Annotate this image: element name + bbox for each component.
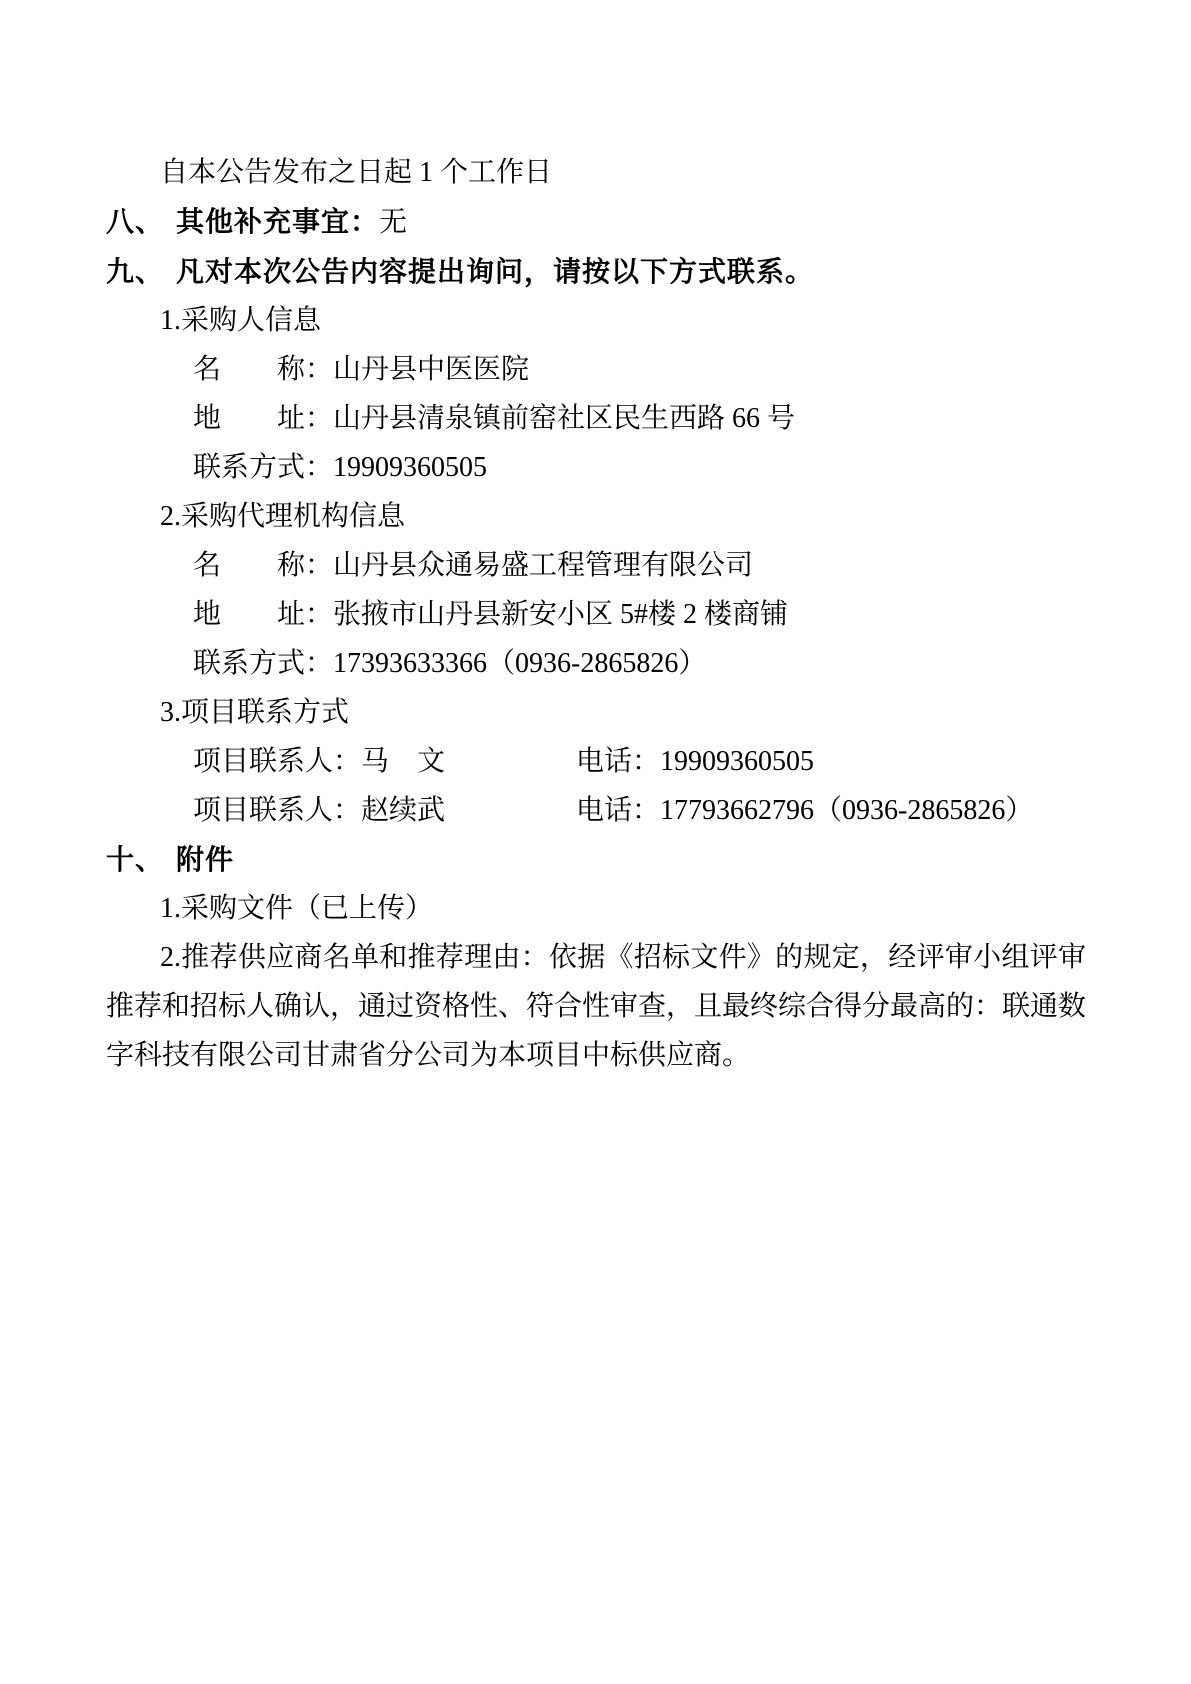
- agency-name-value: 山丹县众通易盛工程管理有限公司: [333, 550, 753, 581]
- intro-line: 自本公告发布之日起 1 个工作日: [106, 148, 1086, 197]
- purchaser-name-value: 山丹县中医医院: [333, 354, 529, 385]
- attachment-1-line: 1.采购文件（已上传）: [106, 884, 1086, 933]
- agency-address-value: 张掖市山丹县新安小区 5#楼 2 楼商铺: [333, 599, 788, 630]
- section-8-heading: 八、其他补充事宜：无: [106, 197, 1086, 247]
- purchaser-contact-row: 联系方式：19909360505: [106, 443, 1086, 492]
- agency-contact-row: 联系方式：17393633366（0936-2865826）: [106, 639, 1086, 688]
- project-contact-row-2: 项目联系人：赵续武电话：17793662796（0936-2865826）: [106, 786, 1086, 835]
- purchaser-heading: 1.采购人信息: [106, 296, 1086, 345]
- section-9-title: 凡对本次公告内容提出询问，请按以下方式联系。: [176, 256, 814, 287]
- purchaser-name-row: 名 称：山丹县中医医院: [106, 345, 1086, 394]
- project-contact-person-1: 项目联系人：马 文: [193, 737, 576, 786]
- section-8-value: 无: [379, 207, 407, 238]
- project-contacts-heading: 3.项目联系方式: [106, 688, 1086, 737]
- agency-address-label: 地 址：: [193, 599, 333, 630]
- section-10-title: 附件: [176, 844, 234, 875]
- agency-heading: 2.采购代理机构信息: [106, 492, 1086, 541]
- purchaser-contact-label: 联系方式：: [193, 452, 333, 483]
- agency-name-row: 名 称：山丹县众通易盛工程管理有限公司: [106, 541, 1086, 590]
- section-10-number: 十、: [106, 844, 164, 875]
- section-9-heading: 九、凡对本次公告内容提出询问，请按以下方式联系。: [106, 247, 1086, 296]
- purchaser-name-label: 名 称：: [193, 354, 333, 385]
- document-page: 自本公告发布之日起 1 个工作日 八、其他补充事宜：无 九、凡对本次公告内容提出…: [0, 0, 1191, 1684]
- project-contact-person-2: 项目联系人：赵续武: [193, 786, 576, 835]
- agency-contact-label: 联系方式：: [193, 648, 333, 679]
- section-8-number: 八、: [106, 206, 164, 237]
- purchaser-contact-value: 19909360505: [333, 452, 487, 483]
- agency-address-row: 地 址：张掖市山丹县新安小区 5#楼 2 楼商铺: [106, 590, 1086, 639]
- project-contact-phone-2: 电话：17793662796（0936-2865826）: [576, 795, 1033, 826]
- section-8-title: 其他补充事宜：: [176, 206, 379, 237]
- project-contact-row-1: 项目联系人：马 文电话：19909360505: [106, 737, 1086, 786]
- purchaser-address-value: 山丹县清泉镇前窑社区民生西路 66 号: [333, 403, 795, 434]
- section-9-number: 九、: [106, 256, 164, 287]
- project-contact-phone-1: 电话：19909360505: [576, 746, 814, 777]
- purchaser-address-row: 地 址：山丹县清泉镇前窑社区民生西路 66 号: [106, 394, 1086, 443]
- purchaser-address-label: 地 址：: [193, 403, 333, 434]
- attachment-2-paragraph: 2.推荐供应商名单和推荐理由：依据《招标文件》的规定，经评审小组评审推荐和招标人…: [106, 933, 1086, 1080]
- agency-name-label: 名 称：: [193, 550, 333, 581]
- agency-contact-value: 17393633366（0936-2865826）: [333, 648, 706, 679]
- section-10-heading: 十、附件: [106, 835, 1086, 884]
